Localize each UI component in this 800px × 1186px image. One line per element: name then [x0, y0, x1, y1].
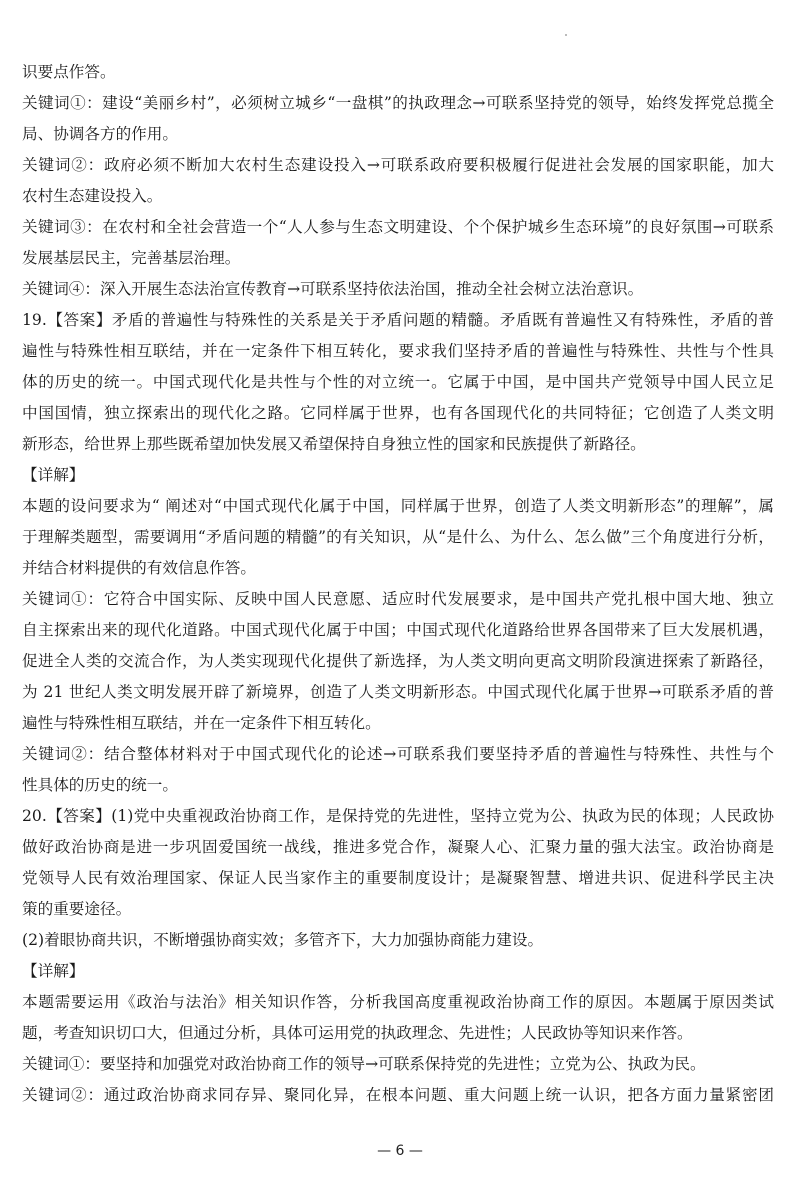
text-line: 关键词③：在农村和全社会营造一个“人人参与生态文明建设、个个保护城乡生态环境”的…: [22, 215, 774, 246]
text-line: 策的重要途径。: [22, 897, 774, 928]
text-line: 20.【答案】(1)党中央重视政治协商工作，是保持党的先进性，坚持立党为公、执政…: [22, 804, 774, 835]
text-line: 本题需要运用《政治与法治》相关知识作答，分析我国高度重视政治协商工作的原因。本题…: [22, 990, 774, 1021]
text-line: 发展基层民主，完善基层治理。: [22, 246, 774, 277]
text-line: 为 21 世纪人类文明发展开辟了新境界，创造了人类文明新形态。中国式现代化属于世…: [22, 680, 774, 711]
text-line: 新形态，给世界上那些既希望加快发展又希望保持自身独立性的国家和民族提供了新路径。: [22, 432, 774, 463]
document-page: 识要点作答。关键词①：建设“美丽乡村”，必须树立城乡“一盘棋”的执政理念→可联系…: [0, 0, 800, 1186]
text-line: 题，考查知识切口大，但通过分析，具体可运用党的执政理念、先进性；人民政协等知识来…: [22, 1021, 774, 1052]
text-line: 关键词②：通过政治协商求同存异、聚同化异，在根本问题、重大问题上统一认识，把各方…: [22, 1083, 774, 1114]
text-line: 体的历史的统一。中国式现代化是共性与个性的对立统一。它属于中国，是中国共产党领导…: [22, 370, 774, 401]
answer-text-body: 识要点作答。关键词①：建设“美丽乡村”，必须树立城乡“一盘棋”的执政理念→可联系…: [22, 60, 774, 1114]
text-line: 局、协调各方的作用。: [22, 122, 774, 153]
text-line: 遍性与特殊性相互联结，并在一定条件下相互转化。: [22, 711, 774, 742]
text-line: 农村生态建设投入。: [22, 184, 774, 215]
text-line: 促进全人类的交流合作，为人类实现现代化提供了新选择，为人类文明向更高文明阶段演进…: [22, 649, 774, 680]
text-line: 关键词①：要坚持和加强党对政治协商工作的领导→可联系保持党的先进性；立党为公、执…: [22, 1052, 774, 1083]
text-line: 做好政治协商是进一步巩固爱国统一战线，推进多党合作，凝聚人心、汇聚力量的强大法宝…: [22, 835, 774, 866]
text-line: 识要点作答。: [22, 60, 774, 91]
text-line: 性具体的历史的统一。: [22, 773, 774, 804]
text-line: 关键词②：政府必须不断加大农村生态建设投入→可联系政府要积极履行促进社会发展的国…: [22, 153, 774, 184]
text-line: 本题的设问要求为“ 阐述对“中国式现代化属于中国，同样属于世界，创造了人类文明新…: [22, 494, 774, 525]
text-line: 中国国情，独立探索出的现代化之路。它同样属于世界，也有各国现代化的共同特征；它创…: [22, 401, 774, 432]
text-line: 于理解类题型，需要调用“矛盾问题的精髓”的有关知识，从“是什么、为什么、怎么做”…: [22, 525, 774, 556]
text-line: 并结合材料提供的有效信息作答。: [22, 556, 774, 587]
text-line: 关键词①：它符合中国实际、反映中国人民意愿、适应时代发展要求，是中国共产党扎根中…: [22, 587, 774, 618]
text-line: 遍性与特殊性相互联结，并在一定条件下相互转化，要求我们坚持矛盾的普遍性与特殊性、…: [22, 339, 774, 370]
text-line: 关键词①：建设“美丽乡村”，必须树立城乡“一盘棋”的执政理念→可联系坚持党的领导…: [22, 91, 774, 122]
page-number: — 6 —: [0, 1141, 800, 1161]
text-line: (2)着眼协商共识，不断增强协商实效；多管齐下，大力加强协商能力建设。: [22, 928, 774, 959]
text-line: 党领导人民有效治理国家、保证人民当家作主的重要制度设计；是凝聚智慧、增进共识、促…: [22, 866, 774, 897]
text-line: 自主探索出来的现代化道路。中国式现代化属于中国；中国式现代化道路给世界各国带来了…: [22, 618, 774, 649]
text-line: 关键词④：深入开展生态法治宣传教育→可联系坚持依法治国，推动全社会树立法治意识。: [22, 277, 774, 308]
scan-speck: [565, 34, 567, 36]
text-line: 【详解】: [22, 959, 774, 990]
text-line: 19.【答案】矛盾的普遍性与特殊性的关系是关于矛盾问题的精髓。矛盾既有普遍性又有…: [22, 308, 774, 339]
text-line: 关键词②：结合整体材料对于中国式现代化的论述→可联系我们要坚持矛盾的普遍性与特殊…: [22, 742, 774, 773]
text-line: 【详解】: [22, 463, 774, 494]
